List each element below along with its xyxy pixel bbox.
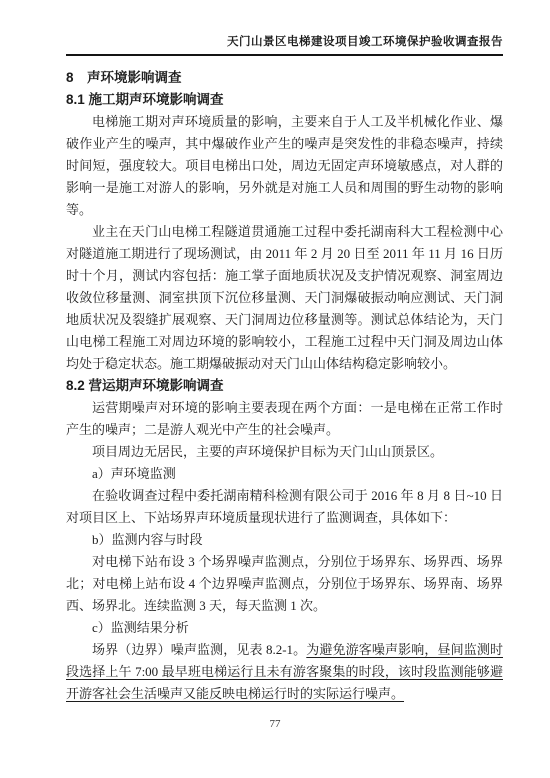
paragraph-operation-noise: 运营期噪声对环境的影响主要表现在两个方面：一是电梯在正常工作时产生的噪声；二是游… bbox=[66, 397, 503, 441]
paragraph-monitoring-results: 场界（边界）噪声监测，见表 8.2-1。为避免游客噪声影响，昼间监测时段选择上午… bbox=[66, 639, 503, 705]
page-number: 77 bbox=[0, 718, 550, 730]
section-heading-8-1: 8.1 施工期声环境影响调查 bbox=[66, 89, 503, 111]
paragraph-construction-noise: 电梯施工期对声环境质量的影响，主要来自于人工及半机械化作业、爆破作业产生的噪声，… bbox=[66, 111, 503, 221]
paragraph-monitoring-points: 对电梯下站布设 3 个场界噪声监测点，分别位于场界东、场界西、场界北；对电梯上站… bbox=[66, 551, 503, 617]
paragraph-tunnel-testing: 业主在天门山电梯工程隧道贯通施工过程中委托湖南科大工程检测中心对隧道施工期进行了… bbox=[66, 221, 503, 375]
paragraph-monitoring-company: 在验收调查过程中委托湖南精科检测有限公司于 2016 年 8 月 8 日~10 … bbox=[66, 485, 503, 529]
page-header: 天门山景区电梯建设项目竣工环境保护验收调查报告 bbox=[66, 0, 503, 56]
paragraph-protection-target: 项目周边无居民，主要的声环境保护目标为天门山山顶景区。 bbox=[66, 441, 503, 463]
section-heading-8: 8 声环境影响调查 bbox=[66, 67, 503, 89]
list-item-a: a）声环境监测 bbox=[66, 463, 503, 485]
list-item-c: c）监测结果分析 bbox=[66, 617, 503, 639]
list-item-b: b）监测内容与时段 bbox=[66, 529, 503, 551]
header-title: 天门山景区电梯建设项目竣工环境保护验收调查报告 bbox=[227, 36, 503, 48]
monitoring-results-lead: 场界（边界）噪声监测，见表 8.2-1。 bbox=[92, 642, 306, 657]
document-page: 天门山景区电梯建设项目竣工环境保护验收调查报告 8 声环境影响调查 8.1 施工… bbox=[0, 0, 550, 778]
section-heading-8-2: 8.2 营运期声环境影响调查 bbox=[66, 375, 503, 397]
